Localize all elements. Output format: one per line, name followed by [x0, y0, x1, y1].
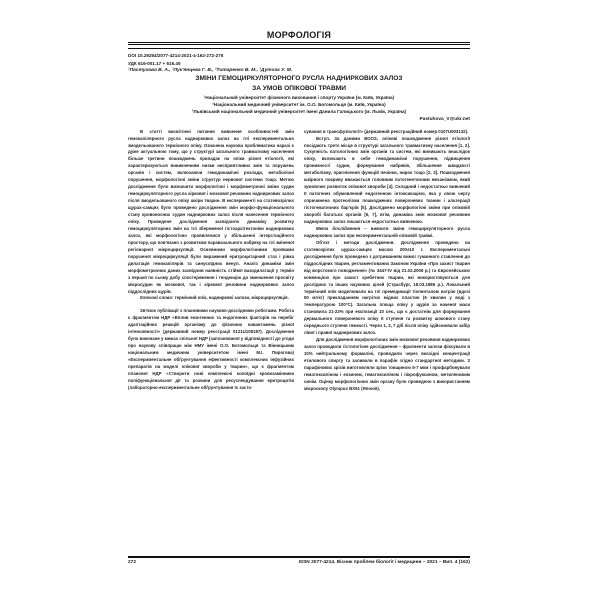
aim-paragraph: Мета дослідження – вивчити зміни гемоцир… — [304, 226, 470, 240]
continuation-text: сування в трансфузіології» (державний ре… — [304, 129, 470, 136]
methods-paragraph-2: Для дослідження морфологічних змін мозко… — [304, 337, 470, 393]
keywords-paragraph: Ключові слова: термічний опік, наднирков… — [128, 295, 294, 302]
affiliation-2: ²Національний медичний університет ім. О… — [128, 101, 470, 108]
doi: DOI 10.29254/2077-4214-2021-4-162-272-27… — [128, 52, 470, 60]
article-title-line1: ЗМІНИ ГЕМОЦИРКУЛЯТОРНОГО РУСЛА НАДНИРКОВ… — [128, 74, 470, 84]
intro-text: За даними ВООЗ, опікові пошкодження різн… — [304, 136, 470, 224]
footer-rule — [128, 556, 470, 558]
left-column: В статті висвітлені питання вивчення осо… — [128, 129, 294, 393]
methods-label: Об'єкт і методи дослідження. — [316, 240, 395, 245]
methods-text: Дослідження проведено на статевозрілих щ… — [304, 240, 470, 335]
header-rule — [128, 42, 470, 49]
affiliation-1: ¹Національний університет фізичного вихо… — [128, 94, 470, 101]
udk: УДК 616-001.17 + 616.45 — [128, 60, 470, 68]
section-title: МОРФОЛОГІЯ — [128, 30, 470, 40]
abstract: В статті висвітлені питання вивчення осо… — [128, 129, 294, 296]
intro-paragraph: Вступ. За даними ВООЗ, опікові пошкоджен… — [304, 136, 470, 226]
article-title-line2: ЗА УМОВ ОПІКОВОЇ ТРАВМИ — [128, 84, 470, 94]
article-page: МОРФОЛОГІЯ DOI 10.29254/2077-4214-2021-4… — [128, 30, 470, 393]
intro-label: Вступ. — [316, 136, 330, 141]
methods-paragraph: Об'єкт і методи дослідження. Дослідження… — [304, 240, 470, 337]
author-email[interactable]: Pastuhova_V@ukr.net — [128, 116, 470, 123]
body-columns: В статті висвітлені питання вивчення осо… — [128, 129, 470, 393]
page-number: 272 — [128, 560, 136, 565]
keywords-label: Ключові слова: — [140, 295, 173, 300]
authors: ¹Пастухова В. А., ¹Лук'янцева Г. В., ²Ти… — [128, 67, 470, 74]
journal-citation: ISSN 2077-4214. Вісник проблем біології … — [299, 560, 470, 565]
connection-paragraph: Зв'язок публікації з плановими науково-д… — [128, 308, 294, 391]
page-footer: 272 ISSN 2077-4214. Вісник проблем біоло… — [128, 560, 470, 565]
connection-label: Зв'язок публікації з плановими науково-д… — [140, 308, 277, 313]
connection-text: Робота є фрагментом НДР «Вплив екзогенни… — [128, 308, 294, 389]
right-column: сування в трансфузіології» (державний ре… — [304, 129, 470, 393]
aim-label: Мета дослідження — [316, 226, 360, 231]
keywords: термічний опік, надниркові залози, мікро… — [174, 295, 288, 300]
affiliation-3: ³Львівський національний медичний універ… — [128, 108, 470, 115]
